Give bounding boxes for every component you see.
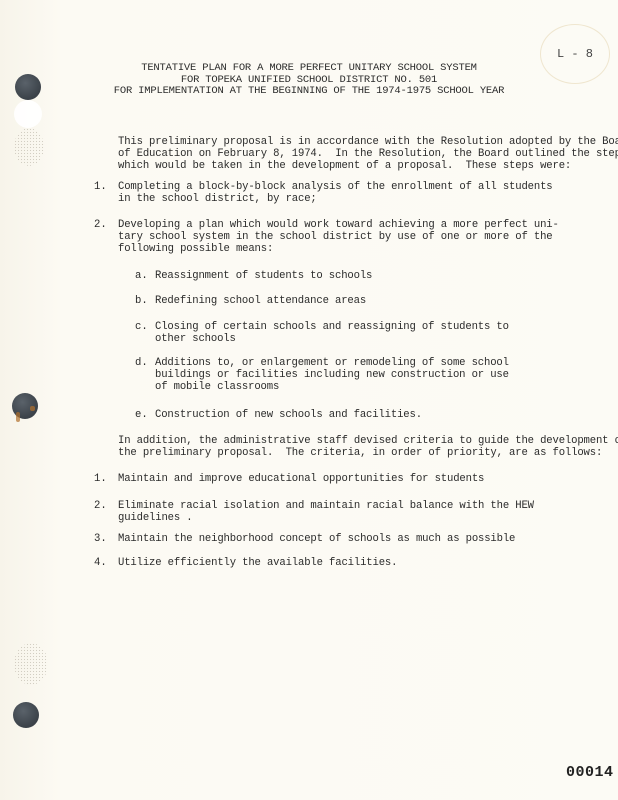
list-marker: a.	[135, 270, 148, 282]
list-marker: 2.	[94, 219, 107, 231]
criteria-item: Eliminate racial isolation and maintain …	[118, 500, 534, 524]
rust-stain	[16, 412, 20, 422]
criteria-paragraph: In addition, the administrative staff de…	[118, 435, 618, 459]
paper-texture	[14, 643, 48, 685]
page-number: 00014	[566, 764, 614, 781]
list-marker: 1.	[94, 181, 107, 193]
criteria-item: Maintain and improve educational opportu…	[118, 473, 484, 485]
document-title: TENTATIVE PLAN FOR A MORE PERFECT UNITAR…	[0, 63, 618, 98]
list-marker: b.	[135, 295, 148, 307]
document-page: L - 8 TENTATIVE PLAN FOR A MORE PERFECT …	[0, 0, 618, 800]
list-marker: e.	[135, 409, 148, 421]
step-item: Developing a plan which would work towar…	[118, 219, 559, 256]
title-line: TENTATIVE PLAN FOR A MORE PERFECT UNITAR…	[0, 63, 618, 75]
punch-hole-icon	[13, 702, 39, 728]
intro-paragraph: This preliminary proposal is in accordan…	[118, 136, 618, 173]
list-marker: 2.	[94, 500, 107, 512]
rust-stain	[30, 406, 35, 411]
list-marker: 3.	[94, 533, 107, 545]
title-line: FOR IMPLEMENTATION AT THE BEGINNING OF T…	[0, 86, 618, 98]
criteria-item: Utilize efficiently the available facili…	[118, 557, 397, 569]
means-item: Redefining school attendance areas	[155, 295, 366, 307]
means-item: Closing of certain schools and reassigni…	[155, 321, 509, 345]
means-item: Construction of new schools and faciliti…	[155, 409, 422, 421]
list-marker: d.	[135, 357, 148, 369]
means-item: Reassignment of students to schools	[155, 270, 372, 282]
punch-hole-ring	[14, 100, 42, 128]
list-marker: 4.	[94, 557, 107, 569]
paper-texture	[14, 128, 44, 166]
means-item: Additions to, or enlargement or remodeli…	[155, 357, 509, 394]
list-marker: c.	[135, 321, 148, 333]
step-item: Completing a block-by-block analysis of …	[118, 181, 553, 205]
criteria-item: Maintain the neighborhood concept of sch…	[118, 533, 515, 545]
list-marker: 1.	[94, 473, 107, 485]
